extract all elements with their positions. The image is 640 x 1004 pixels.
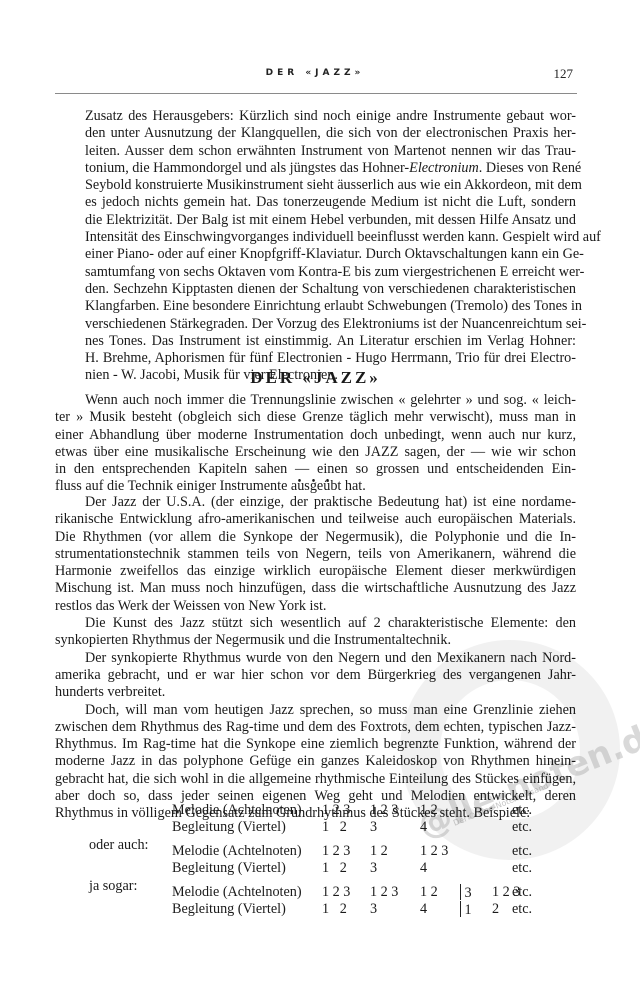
beat-cell: 3: [370, 901, 377, 918]
text-line: Rhythmus. Im Rag-time hat die Synkope ei…: [55, 736, 576, 753]
text-line: Seybold konstruierte Musikinstrument sie…: [55, 177, 576, 194]
etc-cell: etc.: [512, 860, 532, 877]
beat-cell: 1 2 3: [420, 843, 448, 860]
beat-cell: 3: [370, 860, 377, 877]
beat-cell: 1 2: [420, 802, 438, 819]
text-line: gebracht hat, die sich wohl in die allge…: [55, 771, 576, 788]
row-label: Melodie (Achtelnoten): [172, 884, 302, 901]
text-line: Intensität des Einschwingvorganges indiv…: [55, 229, 576, 246]
body-paragraph: Der synkopierte Rhythmus wurde von den N…: [55, 650, 576, 702]
body-text: Der Jazz der U.S.A. (der einzige, der pr…: [55, 494, 576, 823]
etc-cell: etc.: [512, 884, 532, 901]
beat-cell: 4: [420, 819, 427, 836]
text-line: Die Rhythmen (vor allem die Synkope der …: [55, 529, 576, 546]
text-line: Harmonie zweifellos das einzige wirklich…: [55, 563, 576, 580]
row-label: Melodie (Achtelnoten): [172, 843, 302, 860]
text-line: verschiedenen Stärkegraden. Der Vorzug d…: [55, 316, 576, 333]
running-head: DER «JAZZ» 127: [55, 66, 575, 86]
beat-cell: 1 2: [420, 884, 438, 901]
text-line: strumentationstechnik stammen teils von …: [55, 546, 576, 563]
example-prefix: oder auch:: [89, 837, 148, 854]
row-label: Melodie (Achtelnoten): [172, 802, 302, 819]
text-fragment: . Dieses von René: [479, 160, 581, 176]
text-line: Zusatz des Herausgebers: Kürzlich sind n…: [55, 108, 576, 125]
text-line: Klangfarben. Eine besondere Einrichtung …: [55, 298, 576, 315]
body-paragraph: Die Kunst des Jazz stützt sich wesentlic…: [55, 615, 576, 650]
text-line: nes Tones. Das Instrument ist einstimmig…: [55, 333, 576, 350]
text-line: Der synkopierte Rhythmus wurde von den N…: [55, 650, 576, 667]
text-line: etwas über eine musikalische Erscheinung…: [55, 444, 576, 461]
etc-cell: etc.: [512, 802, 532, 819]
text-line: Mischung ist. Man muss noch hinzufügen, …: [55, 580, 576, 597]
rhythm-example: Melodie (Achtelnoten)1 2 31 2 31 2etc.Be…: [55, 802, 576, 839]
beat-cell: 1: [460, 901, 472, 919]
italic-term: Electronium: [409, 160, 479, 176]
barline: [460, 884, 461, 900]
text-line: H. Brehme, Aphorismen für fünf Electroni…: [55, 350, 576, 367]
beat-cell: 3: [460, 884, 472, 902]
text-line: leiten. Ausser dem schon erwähnten Instr…: [55, 143, 576, 160]
beat-cell: 4: [420, 860, 427, 877]
rhythm-example: ja sogar:Melodie (Achtelnoten)1 2 31 2 3…: [55, 880, 576, 921]
beat-cell: 1 2 3: [370, 802, 398, 819]
text-line: moderne Jazz in das polyphone Gefüge ein…: [55, 753, 576, 770]
text-line: einer Abhandlung über moderne Instrument…: [55, 427, 576, 444]
editor-note: Zusatz des Herausgebers: Kürzlich sind n…: [55, 108, 576, 385]
etc-cell: etc.: [512, 901, 532, 918]
asterism-divider: • • •: [55, 476, 576, 487]
text-fragment: tonium, die Hammondorgel und als jüngste…: [85, 160, 409, 176]
beat-cell: 1 2 3: [322, 802, 350, 819]
body-paragraph: Der Jazz der U.S.A. (der einzige, der pr…: [55, 494, 576, 615]
beat-cell: 1 2 3: [322, 843, 350, 860]
running-title: DER «JAZZ»: [55, 68, 575, 78]
text-line: Wenn auch noch immer die Trennungslinie …: [55, 392, 576, 409]
section-title: DER «JAZZ»: [55, 368, 576, 388]
text-line: Die Kunst des Jazz stützt sich wesentlic…: [55, 615, 576, 632]
rhythm-example: oder auch:Melodie (Achtelnoten)1 2 31 21…: [55, 839, 576, 880]
beat-cell: 1 2: [370, 843, 388, 860]
text-line: es jedoch nichts gemein hat. Das tonerze…: [55, 194, 576, 211]
text-line: hunderts verbreitet.: [55, 684, 576, 701]
etc-cell: etc.: [512, 843, 532, 860]
text-line: restlos das Werk der Weissen von New Yor…: [55, 598, 576, 615]
beat-cell: 1 2 3: [322, 884, 350, 901]
beat-cell: 1 2 3: [370, 884, 398, 901]
row-label: Begleitung (Viertel): [172, 901, 286, 918]
text-line: den unter Ausnutzung der Klangquellen, d…: [55, 125, 576, 142]
rhythm-examples: Melodie (Achtelnoten)1 2 31 2 31 2etc.Be…: [55, 802, 576, 921]
beat-cell: 2: [492, 901, 499, 918]
editor-note-paragraph: Zusatz des Herausgebers: Kürzlich sind n…: [55, 108, 576, 385]
page-number: 127: [554, 66, 574, 82]
beat-cell: 4: [420, 901, 427, 918]
text-line: amerika gebracht, und er war hier schon …: [55, 667, 576, 684]
text-line: synkopierten Rhythmus der Negermusik und…: [55, 632, 576, 649]
text-line: samtumfang von sechs Oktaven vom Kontra-…: [55, 264, 576, 281]
book-page: DER «JAZZ» 127 @lle-noten.de Der Online-…: [0, 0, 640, 1004]
barline: [460, 901, 461, 917]
text-line: die Elektrizität. Der Balg ist mit einem…: [55, 212, 576, 229]
beat-cell: 1 2: [322, 860, 347, 877]
example-prefix: ja sogar:: [89, 878, 137, 895]
beat-cell: 3: [370, 819, 377, 836]
text-line: rikanische Entwicklung afro-amerikanisch…: [55, 511, 576, 528]
row-label: Begleitung (Viertel): [172, 819, 286, 836]
row-label: Begleitung (Viertel): [172, 860, 286, 877]
text-line: tonium, die Hammondorgel und als jüngste…: [55, 160, 576, 177]
beat-cell: 1 2: [322, 901, 347, 918]
text-line: Doch, will man vom heutigen Jazz spreche…: [55, 702, 576, 719]
text-line: einer Piano- oder auf einer Knopfgriff-K…: [55, 246, 576, 263]
etc-cell: etc.: [512, 819, 532, 836]
text-line: zwischen dem Rhythmus des Rag-time und d…: [55, 719, 576, 736]
header-rule: [55, 93, 577, 94]
beat-cell: 1 2: [322, 819, 347, 836]
text-line: Der Jazz der U.S.A. (der einzige, der pr…: [55, 494, 576, 511]
text-line: den. Sechzehn Kipptasten dienen der Scha…: [55, 281, 576, 298]
text-line: ter » Musik besteht (obgleich sich diese…: [55, 409, 576, 426]
